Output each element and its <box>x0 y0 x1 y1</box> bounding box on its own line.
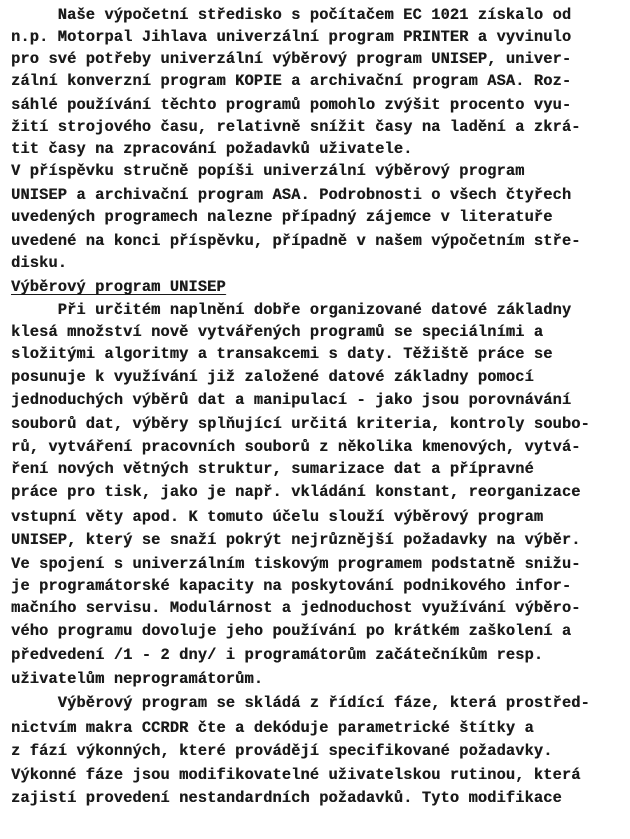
text-line: tit časy na zpracování požadavků uživate… <box>11 138 412 160</box>
text-line: zajistí provedení nestandardních požadav… <box>11 787 562 809</box>
text-line: složitými algoritmy a transakcemi s daty… <box>11 343 552 365</box>
text-line: n.p. Motorpal Jihlava univerzální progra… <box>11 26 571 48</box>
text-line: Naše výpočetní středisko s počítačem EC … <box>11 4 571 26</box>
text-line: posunuje k využívání již založené datové… <box>11 366 534 388</box>
text-line: klesá množství nově vytvářených programů… <box>11 321 543 343</box>
text-line: ření nových větných struktur, sumarizace… <box>11 458 534 480</box>
text-line: vého programu dovoluje jeho používání po… <box>11 620 571 642</box>
text-line: rů, vytváření pracovních souborů z někol… <box>11 436 581 458</box>
text-line: UNISEP, který se snaží pokrýt nejrůznějš… <box>11 529 581 551</box>
text-line: pro své potřeby univerzální výběrový pro… <box>11 48 571 70</box>
text-line: uživatelům neprogramátorům. <box>11 668 263 690</box>
text-line: nictvím makra CCRDR čte a dekóduje param… <box>11 717 534 739</box>
text-line: uvedených programech nalezne případný zá… <box>11 206 552 228</box>
text-line: Výkonné fáze jsou modifikovatelné uživat… <box>11 764 581 786</box>
text-line: Výběrový program se skládá z řídící fáze… <box>11 692 590 714</box>
text-line: vstupní věty apod. K tomuto účelu slouží… <box>11 506 543 528</box>
section-heading: Výběrový program UNISEP <box>11 276 226 298</box>
text-line: Při určitém naplnění dobře organizované … <box>11 299 571 321</box>
text-line: je programátorské kapacity na poskytován… <box>11 575 571 597</box>
text-line: z fází výkonných, které provádějí specif… <box>11 740 552 762</box>
text-line: UNISEP a archivační program ASA. Podrobn… <box>11 184 571 206</box>
text-line: mačního servisu. Modulárnost a jednoduch… <box>11 597 581 619</box>
text-line: práce pro tisk, jako je např. vkládání k… <box>11 481 581 503</box>
text-line: disku. <box>11 252 67 274</box>
text-line: sáhlé používání těchto programů pomohlo … <box>11 94 571 116</box>
text-line: předvedení /1 - 2 dny/ i programátorům z… <box>11 644 543 666</box>
text-line: souborů dat, výběry splňující určitá kri… <box>11 413 590 435</box>
text-line: jednoduchých výběrů dat a manipulací - j… <box>11 389 571 411</box>
text-line: uvedené na konci příspěvku, případně v n… <box>11 230 581 252</box>
text-line: zální konverzní program KOPIE a archivač… <box>11 70 571 92</box>
typewritten-page: Naše výpočetní středisko s počítačem EC … <box>0 0 630 839</box>
text-line: Ve spojení s univerzálním tiskovým progr… <box>11 553 581 575</box>
text-line: žití strojového času, relativně snížit č… <box>11 116 581 138</box>
text-line: V příspěvku stručně popíši univerzální v… <box>11 160 524 182</box>
